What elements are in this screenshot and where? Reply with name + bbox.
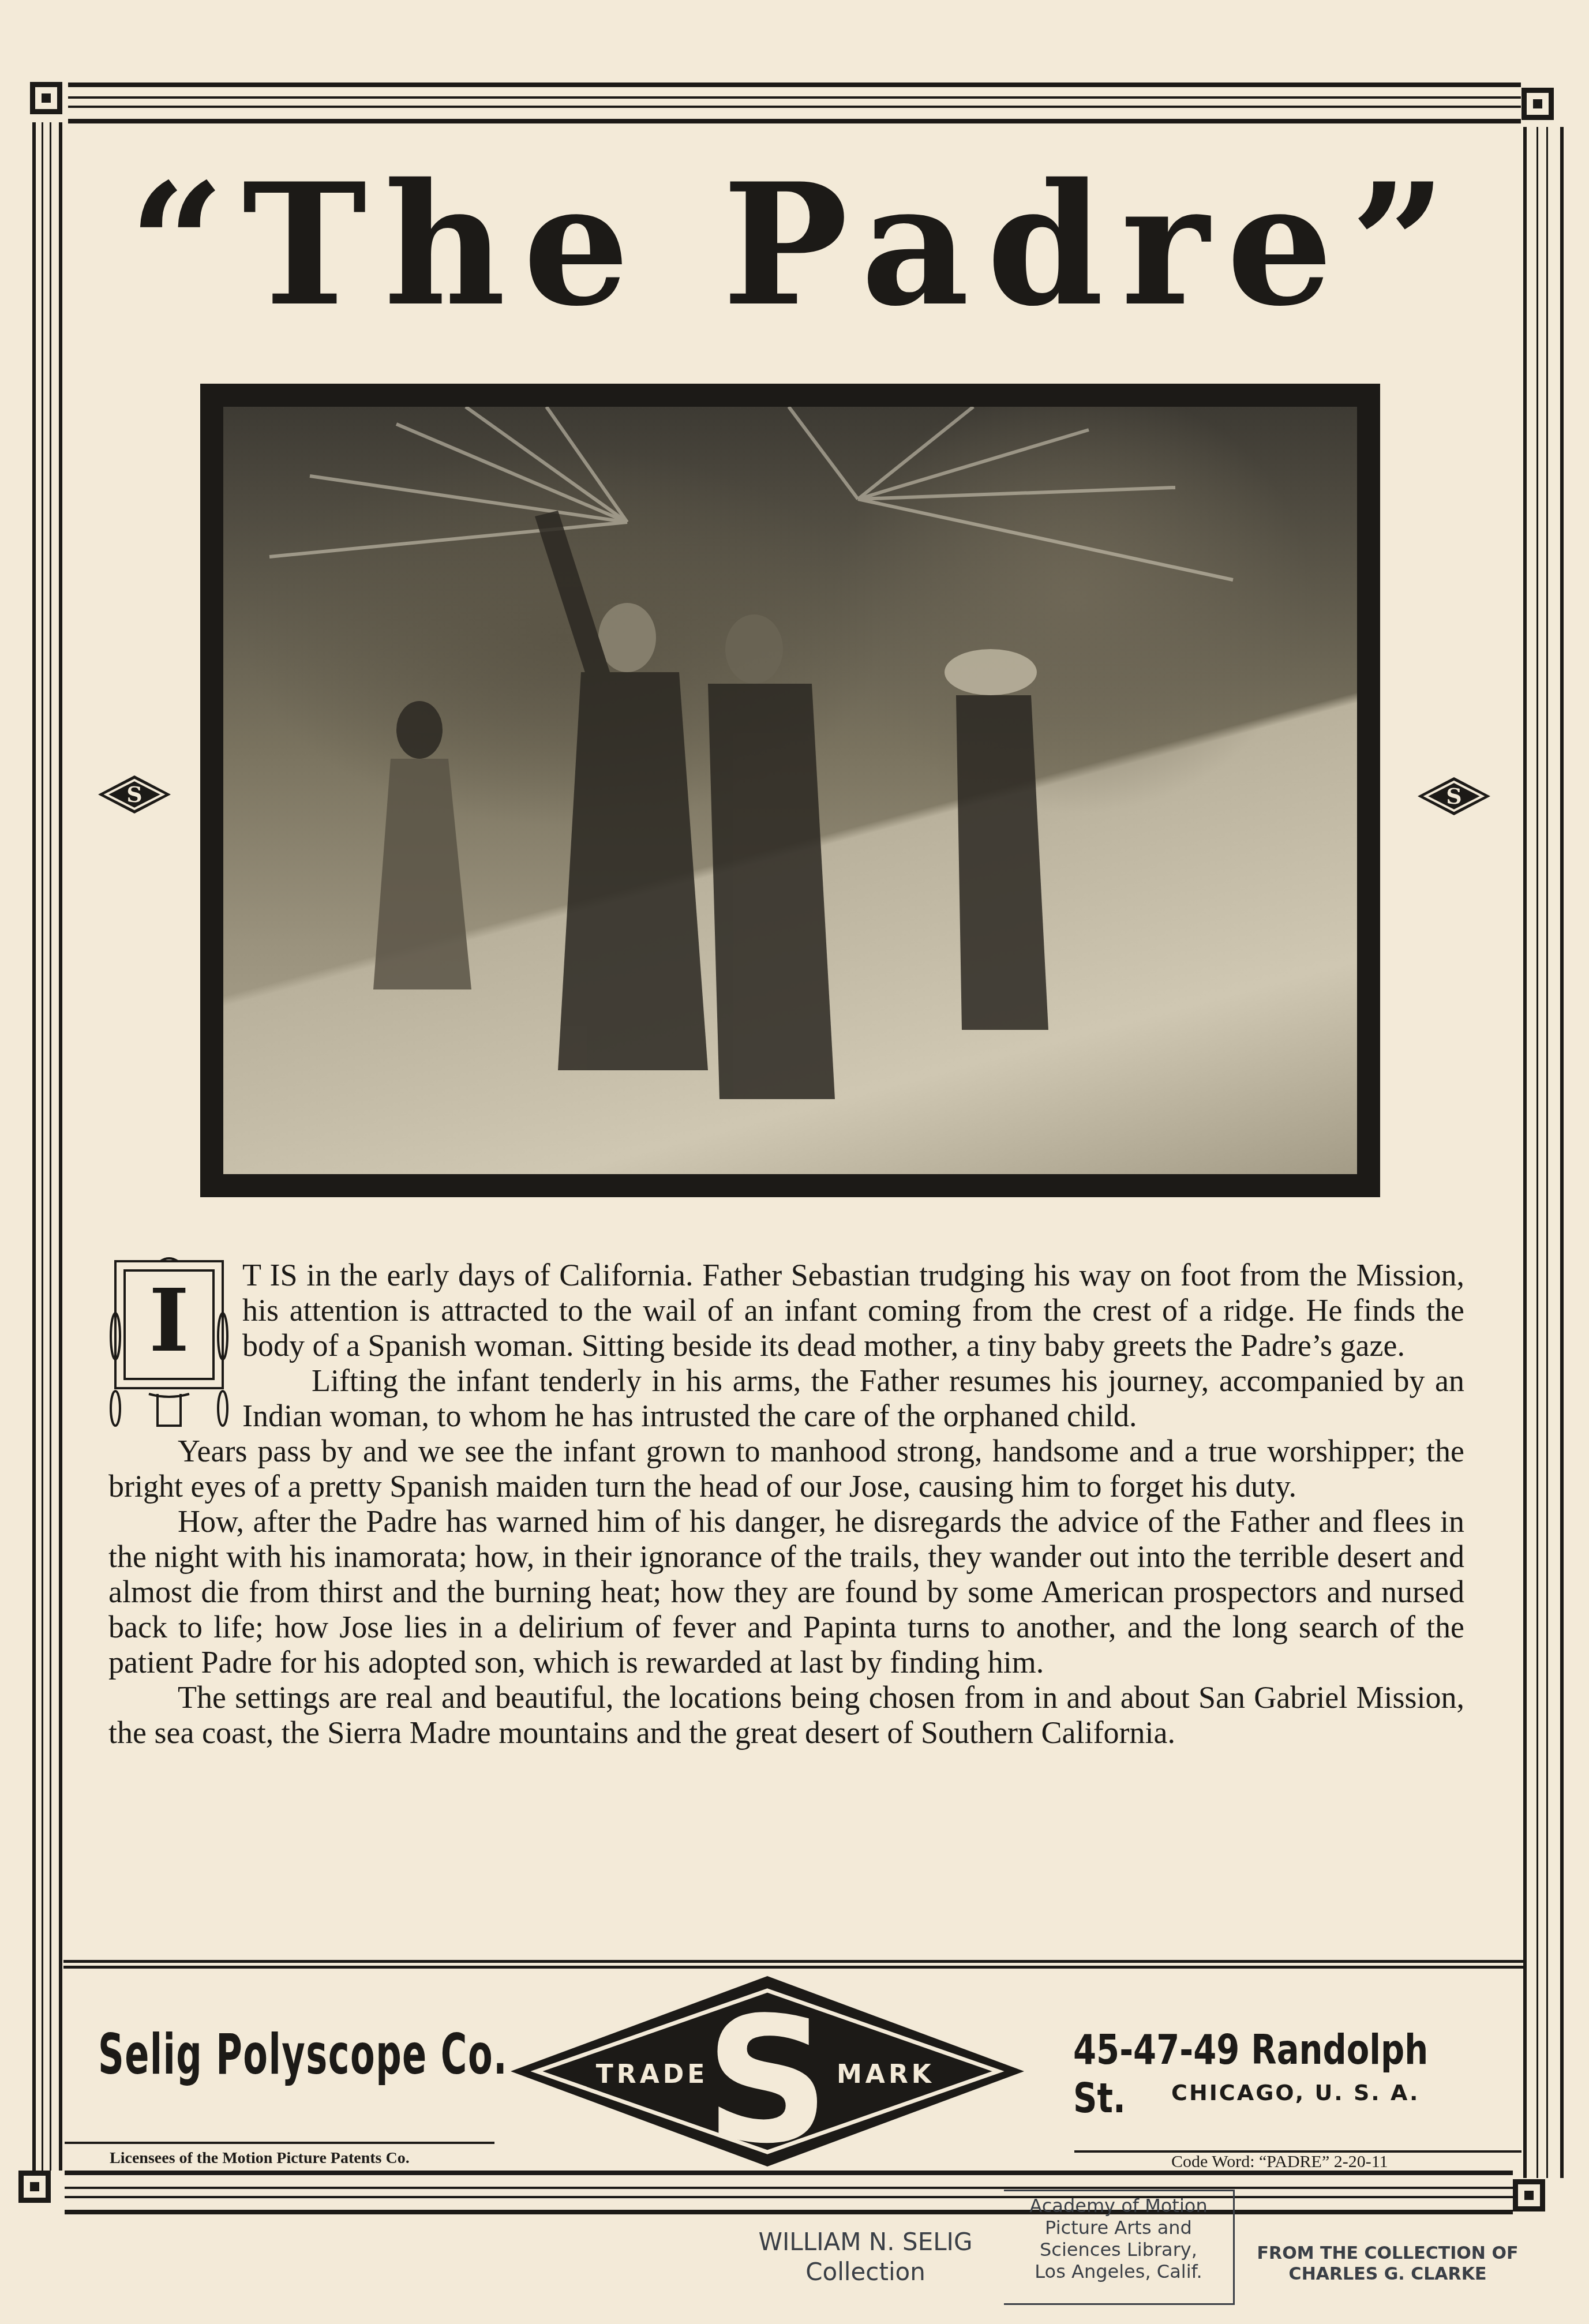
bottom-rule-2 bbox=[65, 2187, 1513, 2189]
corner-ornament-bottom-left bbox=[18, 2171, 51, 2203]
stamp-line: Picture Arts and bbox=[1004, 2217, 1233, 2239]
left-rule-3 bbox=[50, 122, 51, 2171]
top-rule-2 bbox=[68, 96, 1521, 99]
right-rule-3 bbox=[1546, 127, 1548, 2178]
top-rule-1 bbox=[68, 83, 1521, 87]
svg-text:S: S bbox=[1446, 783, 1461, 809]
svg-text:S: S bbox=[126, 781, 142, 807]
left-rule-1 bbox=[32, 122, 36, 2171]
drop-cap-ornament: I bbox=[108, 1255, 230, 1429]
stamp-line: Academy of Motion bbox=[1004, 2195, 1233, 2217]
stamp-line: Collection bbox=[733, 2257, 998, 2287]
left-rule-2 bbox=[42, 122, 43, 2171]
synopsis-paragraph-1: T IS in the early days of California. Fa… bbox=[108, 1258, 1464, 1363]
poster-title: “The Padre” bbox=[104, 162, 1489, 329]
selig-s-diamond-icon: S bbox=[1416, 776, 1491, 816]
right-rule-4 bbox=[1560, 127, 1564, 2178]
stamp-line: Sciences Library, bbox=[1004, 2239, 1233, 2261]
film-still-photo bbox=[223, 407, 1357, 1174]
top-rule-3 bbox=[68, 106, 1521, 108]
synopsis-paragraph-2: Lifting the infant tenderly in his arms,… bbox=[108, 1363, 1464, 1434]
trademark-diamond-icon: S TRADE MARK bbox=[508, 1973, 1027, 2169]
film-still-frame bbox=[200, 384, 1380, 1197]
bottom-rule-4 bbox=[65, 2210, 1513, 2214]
synopsis-text: I T IS in the early days of California. … bbox=[108, 1258, 1464, 1751]
selig-collection-stamp: WILLIAM N. SELIG Collection bbox=[733, 2227, 998, 2287]
stamp-line: FROM THE COLLECTION OF bbox=[1252, 2243, 1523, 2264]
footer-top-rule-1 bbox=[63, 1960, 1523, 1963]
company-name: Selig Polyscope Co. bbox=[98, 2022, 508, 2087]
selig-trademark-logo: S TRADE MARK bbox=[508, 1973, 1027, 2169]
clarke-collection-stamp: FROM THE COLLECTION OF CHARLES G. CLARKE bbox=[1252, 2243, 1523, 2285]
licensees-note: Licensees of the Motion Picture Patents … bbox=[110, 2149, 410, 2168]
synopsis-paragraph-4: How, after the Padre has warned him of h… bbox=[108, 1504, 1464, 1680]
right-rule-2 bbox=[1536, 127, 1538, 2178]
corner-ornament-top-right bbox=[1521, 88, 1554, 120]
svg-text:S: S bbox=[705, 1980, 830, 2169]
selig-badge-left: S bbox=[97, 774, 172, 815]
licensees-rule bbox=[65, 2142, 494, 2144]
selig-badge-right: S bbox=[1416, 776, 1491, 816]
drop-cap-letter: I bbox=[108, 1277, 230, 1364]
svg-text:MARK: MARK bbox=[837, 2060, 935, 2089]
bottom-rule-3 bbox=[65, 2196, 1513, 2198]
street-address: 45-47-49 Randolph St. bbox=[1073, 2025, 1486, 2122]
city-line: CHICAGO, U. S. A. bbox=[1171, 2080, 1420, 2105]
palm-fronds-illustration bbox=[223, 407, 1357, 1174]
synopsis-paragraph-5: The settings are real and beautiful, the… bbox=[108, 1680, 1464, 1751]
stamp-line: WILLIAM N. SELIG bbox=[733, 2227, 998, 2257]
stamp-line: CHARLES G. CLARKE bbox=[1252, 2264, 1523, 2285]
selig-s-diamond-icon: S bbox=[97, 774, 172, 815]
corner-ornament-top-left bbox=[30, 82, 62, 114]
corner-ornament-bottom-right bbox=[1513, 2179, 1545, 2211]
right-rule-1 bbox=[1523, 127, 1527, 2178]
svg-text:TRADE: TRADE bbox=[596, 2060, 709, 2089]
synopsis-paragraph-3: Years pass by and we see the infant grow… bbox=[108, 1434, 1464, 1504]
top-rule-4 bbox=[68, 119, 1521, 123]
code-word: Code Word: “PADRE” 2-20-11 bbox=[1171, 2152, 1388, 2172]
footer-top-rule-2 bbox=[63, 1966, 1523, 1969]
stamp-line: Los Angeles, Calif. bbox=[1004, 2261, 1233, 2282]
academy-library-stamp: Academy of Motion Picture Arts and Scien… bbox=[1004, 2190, 1235, 2305]
left-rule-4 bbox=[59, 122, 62, 2171]
